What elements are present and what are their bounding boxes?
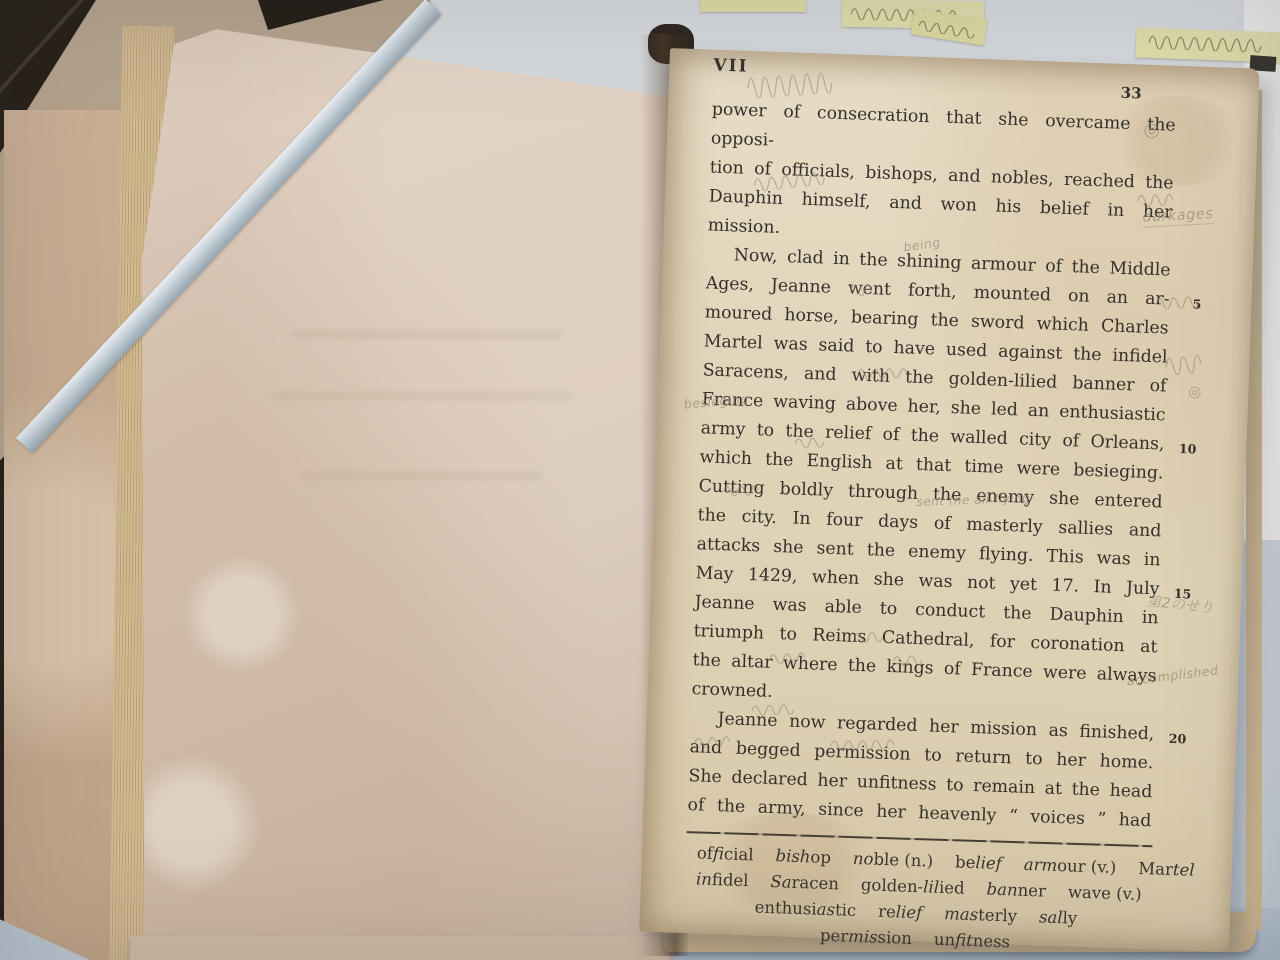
vocab-word: bishop [775, 846, 831, 867]
vocab-word: noble (n.) [853, 849, 934, 871]
chapter-number: VII [713, 56, 749, 77]
left-page-stack-bottom [130, 936, 670, 960]
left-blank-page [142, 14, 674, 960]
pencil-annotation-circle2: ◎ [1188, 382, 1202, 400]
vocabulary-list: officialbishopnoble (n.)beliefarmour (v.… [683, 840, 1150, 960]
body-text-column: power of consecration that she overcame … [683, 96, 1176, 960]
pen-scribble [1148, 33, 1267, 57]
vocab-word: golden-lilied [861, 875, 965, 898]
vocab-word: belief [955, 852, 1002, 873]
vocab-word: armour (v.) [1023, 855, 1116, 877]
vocab-word: masterly [944, 904, 1017, 926]
margin-line-number: 10 [1178, 434, 1196, 464]
pencil-scribble [1164, 350, 1206, 380]
pen-scribble [917, 15, 977, 43]
margin-line-number: 5 [1192, 289, 1202, 318]
vocab-word: official [697, 843, 754, 864]
vocab-word: banner [986, 880, 1046, 901]
margin-line-number: 15 [1173, 579, 1191, 609]
book-photo: VII 33 power of consecration that she ov… [0, 0, 1280, 960]
page-number: 33 [1120, 84, 1141, 103]
vocab-word: Martel [1138, 859, 1195, 880]
vocab-word: sally [1039, 907, 1078, 927]
vocab-word: enthusiastic [754, 897, 856, 920]
vocab-word: infidel [696, 869, 749, 890]
right-text-page: VII 33 power of consecration that she ov… [639, 48, 1259, 952]
vocab-word: permission [820, 926, 913, 948]
vocab-word: unfitness [934, 930, 1011, 952]
vocab-word: relief [878, 902, 923, 923]
vocab-word: Saracen [770, 872, 839, 893]
sticky-note [700, 0, 806, 12]
vocab-word: wave (v.) [1068, 882, 1142, 904]
